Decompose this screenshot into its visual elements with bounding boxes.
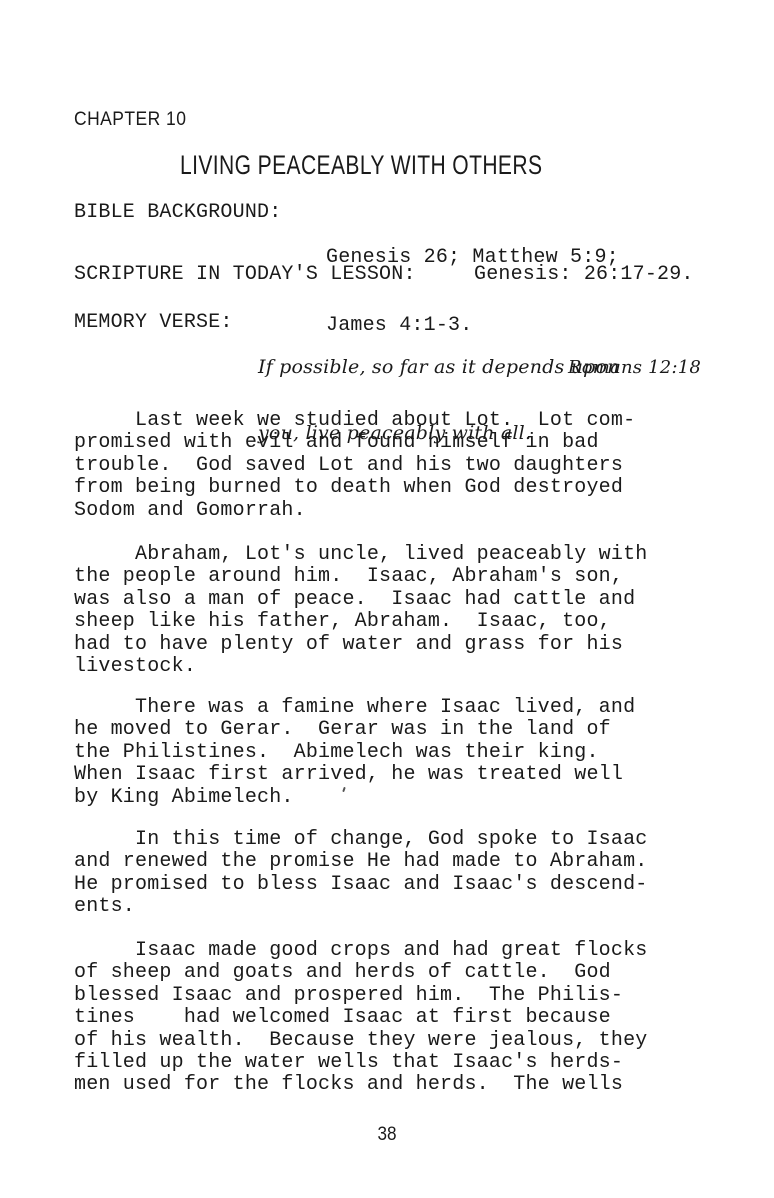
paragraph-line: by King Abimelech.	[74, 787, 714, 809]
paragraph-line: he moved to Gerar. Gerar was in the land…	[74, 719, 714, 741]
paragraph-line: Isaac made good crops and had great floc…	[74, 940, 714, 962]
paragraph-line: from being burned to death when God dest…	[74, 477, 714, 499]
paragraph-line: filled up the water wells that Isaac's h…	[74, 1052, 714, 1074]
paragraph-line: sheep like his father, Abraham. Isaac, t…	[74, 611, 714, 633]
paragraph-line: promised with evil and found himself in …	[74, 432, 714, 454]
paragraph-line: of his wealth. Because they were jealous…	[74, 1030, 714, 1052]
paragraph: There was a famine where Isaac lived, an…	[74, 697, 714, 809]
paragraph-line: In this time of change, God spoke to Isa…	[74, 829, 714, 851]
paragraph: Isaac made good crops and had great floc…	[74, 940, 714, 1097]
paragraph-line: blessed Isaac and prospered him. The Phi…	[74, 985, 714, 1007]
page-number: 38	[39, 1124, 736, 1146]
bible-background-label: BIBLE BACKGROUND:	[74, 202, 281, 225]
paragraph-line: Last week we studied about Lot. Lot com-	[74, 410, 714, 432]
paragraph-line: men used for the flocks and herds. The w…	[74, 1074, 714, 1096]
paragraph-line: and renewed the promise He had made to A…	[74, 851, 714, 873]
paragraph-line: the people around him. Isaac, Abraham's …	[74, 566, 714, 588]
chapter-label: CHAPTER 10	[74, 109, 186, 131]
scripture-value: Genesis: 26:17-29.	[474, 264, 694, 287]
paragraph: Abraham, Lot's uncle, lived peaceably wi…	[74, 544, 714, 678]
paragraph-line: of sheep and goats and herds of cattle. …	[74, 962, 714, 984]
memory-verse: MEMORY VERSE: If possible, so far as it …	[74, 312, 98, 402]
paragraph-line: trouble. God saved Lot and his two daugh…	[74, 455, 714, 477]
paragraph-line: ents.	[74, 896, 714, 918]
paragraph-line: livestock.	[74, 656, 714, 678]
memory-verse-reference: Romans 12:18	[568, 357, 698, 380]
paragraph-line: tines had welcomed Isaac at first becaus…	[74, 1007, 714, 1029]
paragraph-line: Abraham, Lot's uncle, lived peaceably wi…	[74, 544, 714, 566]
paragraph-line: had to have plenty of water and grass fo…	[74, 634, 714, 656]
memory-verse-label: MEMORY VERSE:	[74, 312, 233, 335]
scripture-label: SCRIPTURE IN TODAY'S LESSON:	[74, 264, 416, 287]
paragraph-line: the Philistines. Abimelech was their kin…	[74, 742, 714, 764]
paragraph: In this time of change, God spoke to Isa…	[74, 829, 714, 919]
paragraph-line: There was a famine where Isaac lived, an…	[74, 697, 714, 719]
paragraph-line: Sodom and Gomorrah.	[74, 500, 714, 522]
chapter-title: LIVING PEACEABLY WITH OTHERS	[180, 150, 542, 181]
paragraph-line: When Isaac first arrived, he was treated…	[74, 764, 714, 786]
paragraph-line: was also a man of peace. Isaac had cattl…	[74, 589, 714, 611]
bible-background: BIBLE BACKGROUND: Genesis 26; Matthew 5:…	[74, 202, 98, 270]
paragraph-line: He promised to bless Isaac and Isaac's d…	[74, 874, 714, 896]
paragraph: Last week we studied about Lot. Lot com-…	[74, 410, 714, 522]
